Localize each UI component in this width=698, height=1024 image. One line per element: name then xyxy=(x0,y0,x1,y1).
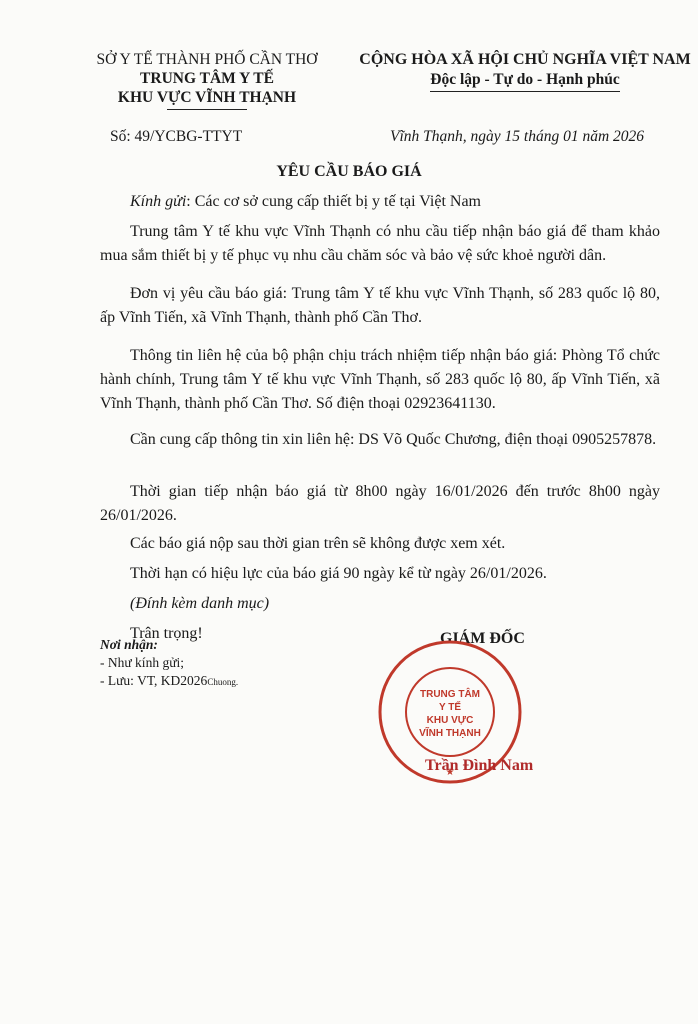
divider xyxy=(430,91,620,92)
agency-area: KHU VỰC VĨNH THẠNH xyxy=(62,88,352,107)
paragraph: Trung tâm Y tế khu vực Vĩnh Thạnh có nhu… xyxy=(100,220,660,268)
recipient-item: - Như kính gửi; xyxy=(100,654,238,672)
recipient-item: - Lưu: VT, KD2026Chuong. xyxy=(100,672,238,691)
agency-name: TRUNG TÂM Y TẾ xyxy=(62,69,352,88)
attachment-note: (Đính kèm danh mục) xyxy=(100,592,660,616)
document-number: Số: 49/YCBG-TTYT xyxy=(110,128,242,146)
paragraph: Cần cung cấp thông tin xin liên hệ: DS V… xyxy=(100,428,660,452)
paragraph: Thời hạn có hiệu lực của báo giá 90 ngày… xyxy=(100,562,660,586)
svg-text:Y TẾ: Y TẾ xyxy=(439,700,461,713)
national-motto: Độc lập - Tự do - Hạnh phúc xyxy=(355,70,695,90)
paragraph: Đơn vị yêu cầu báo giá: Trung tâm Y tế k… xyxy=(100,282,660,330)
recipients-block: Nơi nhận: - Như kính gửi; - Lưu: VT, KD2… xyxy=(100,636,238,691)
document-date: Vĩnh Thạnh, ngày 15 tháng 01 năm 2026 xyxy=(390,128,644,146)
svg-text:KHU VỰC: KHU VỰC xyxy=(427,715,474,726)
recipient-line: Kính gửi: Các cơ sở cung cấp thiết bị y … xyxy=(130,193,481,211)
signer-name: Trần Đình Nam xyxy=(425,757,533,775)
national-header: CỘNG HÒA XÃ HỘI CHỦ NGHĨA VIỆT NAM Độc l… xyxy=(355,50,695,92)
national-title: CỘNG HÒA XÃ HỘI CHỦ NGHĨA VIỆT NAM xyxy=(355,50,695,70)
paragraph: Thông tin liên hệ của bộ phận chịu trách… xyxy=(100,344,660,416)
svg-text:TRUNG TÂM: TRUNG TÂM xyxy=(420,687,480,700)
svg-text:VĨNH THẠNH: VĨNH THẠNH xyxy=(419,726,481,739)
recipient-text: : Các cơ sở cung cấp thiết bị y tế tại V… xyxy=(186,193,481,210)
document-title: YÊU CẦU BÁO GIÁ xyxy=(0,163,698,181)
recipients-heading: Nơi nhận: xyxy=(100,636,238,654)
paragraph: Thời gian tiếp nhận báo giá từ 8h00 ngày… xyxy=(100,480,660,528)
divider xyxy=(167,109,247,110)
recipient-label: Kính gửi xyxy=(130,193,186,210)
issuing-agency: SỞ Y TẾ THÀNH PHỐ CẦN THƠ TRUNG TÂM Y TẾ… xyxy=(62,50,352,110)
paragraph: Các báo giá nộp sau thời gian trên sẽ kh… xyxy=(100,532,660,556)
agency-parent: SỞ Y TẾ THÀNH PHỐ CẦN THƠ xyxy=(62,50,352,69)
